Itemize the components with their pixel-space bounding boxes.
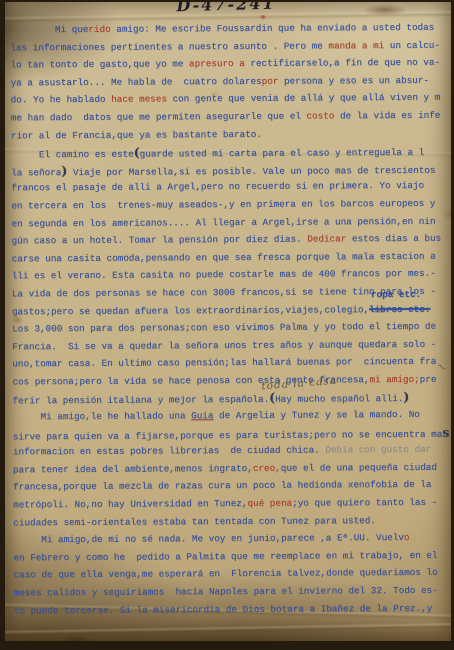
typed-text: qué pena [247,498,292,509]
archive-number-handwritten: D-47-241 [176,2,276,15]
typed-text: Hay mucho español alli.toda la casa [275,390,403,408]
letter-line: me han dado datos que me permiten asegur… [11,107,451,127]
typed-text: las informaciones pertinentes a nuestro … [10,40,328,53]
typed-text: gún caso a un hotel. Tomar la pensión po… [11,234,307,247]
letter-line: gastos;pero se quedan afuera los extraor… [12,300,451,320]
typed-text: El camino es este [11,149,134,161]
letter-line: meses calidos y seguiriamos hacia Napole… [14,582,451,602]
typed-text: rido [88,24,110,35]
letter-line: to puede torcerse. Si la misericordia de… [14,599,451,619]
typed-text: Mi amigo,le he hallado una [13,410,192,422]
typed-text: uno,tomar casa. En ultimo caso pensión;l… [12,356,436,370]
typed-text: ya a asustarlo... Me habla de cuatro dol… [11,76,262,89]
letter-line: Mi querido amigo: Me escribe Foussardin … [10,19,451,39]
typed-text: Guia [191,410,213,421]
letter-line: ferir la pensión italiana y mejor la esp… [12,388,451,408]
paper-crease [5,622,451,637]
typed-text: ;yo que quiero tanto las - [292,497,437,509]
letter-line: gún caso a un hotel. Tomar la pensión po… [11,230,451,250]
typed-text: creo, [253,463,281,474]
typed-text: para tener idea del ambiente,menos ingra… [13,463,253,475]
typed-text: Viaje por Marsella,si es posible. Vale u… [67,165,435,178]
typed-text: guarde usted mi carta para el caso y ent… [140,147,425,160]
typed-text: to puede torcerse. Si la misericordia de… [14,602,432,616]
typed-text: amigo: Me escribe Foussardin que ha envi… [111,22,435,35]
typed-text: en Febrero y como he pedido a Palmita qu… [13,550,437,564]
typed-text: lo tan tonto de gasto,que yo me [10,58,189,70]
typed-insertion: ropa etc. [371,289,421,299]
typed-text: que el de una pequeña ciudad [281,462,437,474]
typed-text: rectificarselo,a fin de que no va- [245,57,440,69]
letter-body: Mi querido amigo: Me escribe Foussardin … [10,19,451,620]
typed-text: de la vida es infe [334,110,440,122]
typed-text: do. Yo he hablado [11,94,112,106]
typed-text: con gente que venia de allá y que allá v… [167,92,440,105]
typed-text: lli es el verano. Esta casita no puede c… [12,268,436,282]
typed-text: informacion en estas pobres librerias de… [13,445,325,458]
typed-text: metrópoli. No,no hay Universidad en Tune… [13,498,247,510]
typed-text: Debía con gusto dar [325,444,431,456]
typed-text: o [404,532,410,543]
typed-text: carse una casita comoda,pensando en que … [12,250,436,264]
typed-text: ciudades semi-orientales estaba tan tent… [13,515,376,528]
typed-text: costo [306,110,334,121]
typed-text: de Argelia y Tunez y se la mando. No [213,409,420,421]
typed-text: libros etc.ropa etc. [369,300,430,318]
letter-line: Los 3,000 son para dos personas;con eso … [12,318,451,338]
typed-text: rior al de Francia,que ya es bastante ba… [11,128,262,141]
letter-line: Mi amigo,le he hallado una Guia de Argel… [13,406,451,426]
typed-text: manda a mi [328,40,384,51]
letter-line: metrópoli. No,no hay Universidad en Tune… [13,494,451,514]
typed-text: Dedicar [307,233,346,244]
typed-text: caso de que ella venga,me esperará en Fl… [14,567,438,581]
typed-text: Mi amigo,de mi no sé nada. Me voy en jun… [13,532,404,545]
typed-text: la señora [11,167,61,178]
typed-text: Francia. Si se va a quedar la señora uno… [12,338,436,352]
letter-page: D-47-241 Mi querido amigo: Me escribe Fo… [5,2,451,641]
typed-text: francesa,porque la mezcla de razas cura … [13,479,431,493]
typed-text: ferir la pensión italiana y mejor la esp… [12,394,269,407]
typed-text: sirve para quien va a fijarse,porque es … [13,428,443,442]
handwritten-mark: s [442,424,449,439]
letter-line: en tercera en los trenes-muy aseados-,y … [11,195,451,215]
typed-text: Los 3,000 son para dos personas;con eso … [12,321,436,335]
typed-text: hace meses [111,94,167,105]
typed-text: estos dias a bus [346,233,441,245]
typed-text: me han dado datos que me permiten asegur… [11,111,307,124]
typed-text: pre [420,374,437,385]
typed-text: apresuro a [189,58,245,69]
typed-text: Mi que [10,24,88,35]
typed-text: en segunda en los americanos.... Al lleg… [11,215,435,229]
typed-text: gastos;pero se quedan afuera los extraor… [12,304,369,317]
typed-text: en tercera en los trenes-muy aseados-,y … [11,198,435,212]
typed-text: por [262,76,279,87]
typed-text: mi amigo; [369,374,419,385]
handwritten-mark: ) [403,389,409,404]
typed-text: meses calidos y seguiriamos hacia Napole… [14,585,438,599]
typed-text: francos el pasaje de alli a Argel,pero n… [11,180,424,194]
typed-text: un calcu- [384,39,440,50]
typed-text: persona y eso es un absur- [278,75,429,87]
